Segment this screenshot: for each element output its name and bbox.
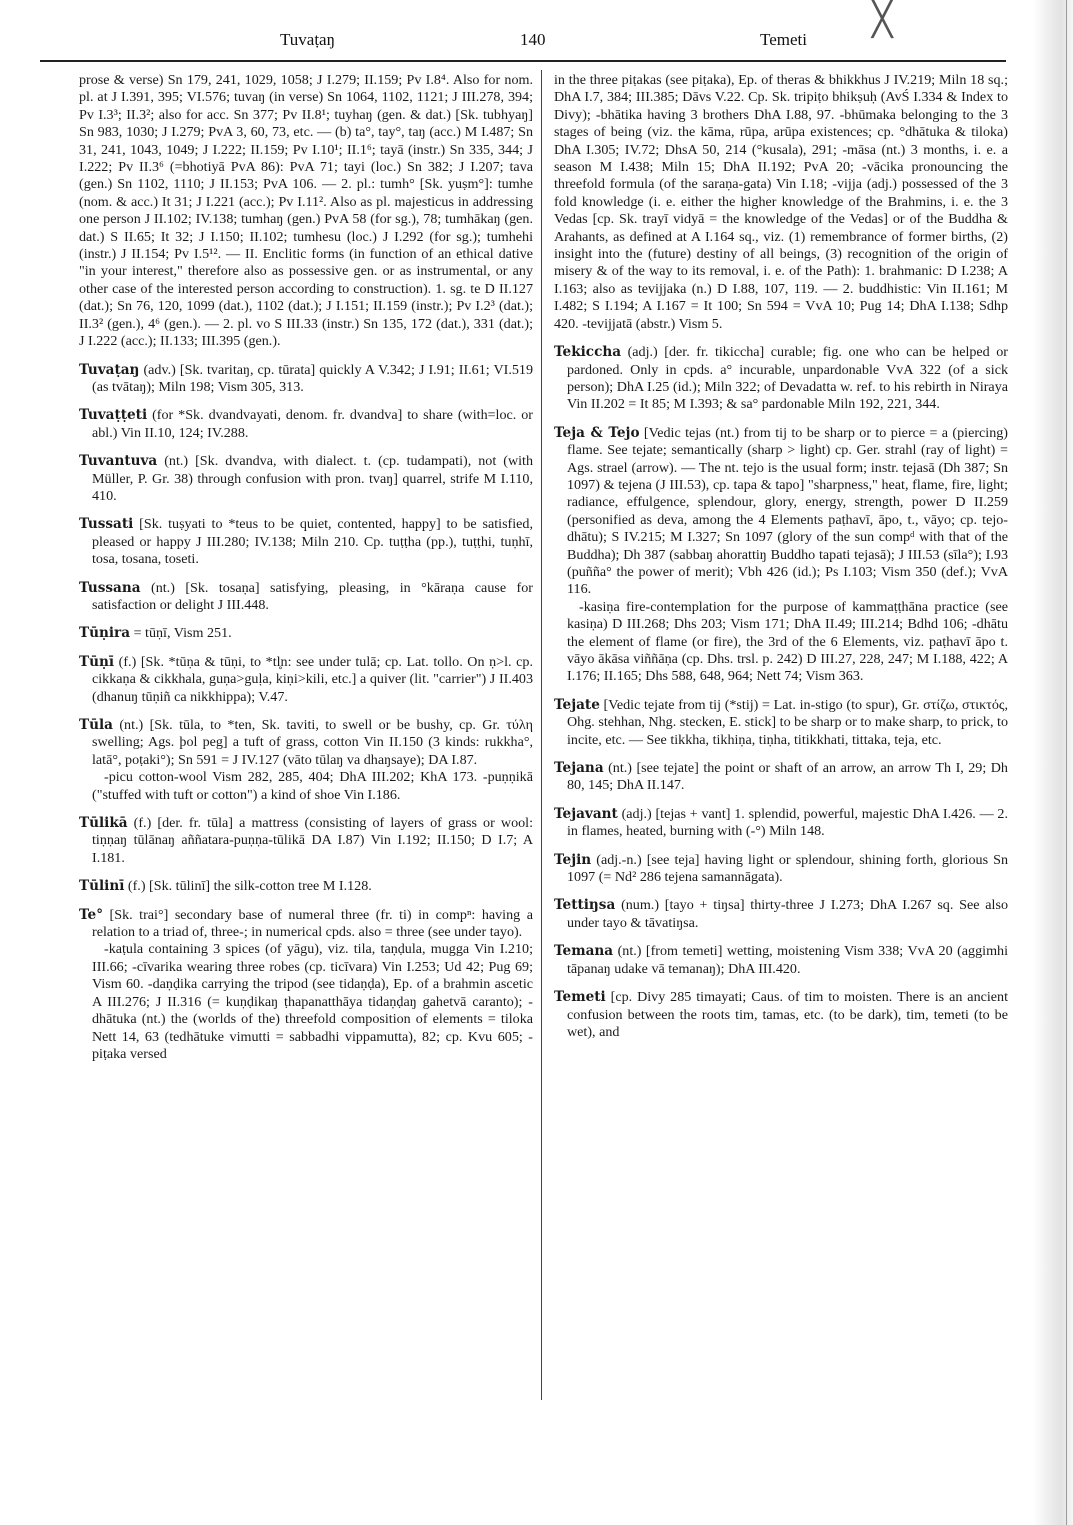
dictionary-entry: Tūlikā (f.) [der. fr. tūla] a mattress (… [79, 815, 533, 867]
entry-body: [Vedic tejate from tij (*stij) = Lat. in… [567, 697, 1008, 748]
entry-body: (nt.) [see tejate] the point or shaft of… [567, 760, 1008, 793]
entry-compounds: -picu cotton-wool Vism 282, 285, 404; Dh… [79, 769, 533, 804]
entry-body: prose & verse) Sn 179, 241, 1029, 1058; … [79, 72, 533, 349]
dictionary-entry: Tūṇī (f.) [Sk. *tūṇa & tūṇi, to *tl̥n: s… [79, 654, 533, 706]
entry-body: (adv.) [Sk. tvaritaŋ, cp. tūrata] quickl… [92, 362, 533, 395]
entry-headword: Tejana [554, 760, 604, 776]
dictionary-entry: Teja & Tejo [Vedic tejas (nt.) from tij … [554, 425, 1008, 686]
left-column: prose & verse) Sn 179, 241, 1029, 1058; … [79, 72, 533, 1074]
page-number: 140 [520, 30, 546, 50]
entry-continuation: in the three piṭakas (see piṭaka), Ep. o… [554, 72, 1008, 333]
entry-headword: Tuvaṭaŋ [79, 362, 139, 378]
entry-body: (f.) [Sk. *tūṇa & tūṇi, to *tl̥n: see un… [92, 654, 533, 705]
entry-headword: Teja & Tejo [554, 425, 640, 441]
entry-headword: Tettiŋsa [554, 897, 615, 913]
dictionary-entry: Tejin (adj.-n.) [see teja] having light … [554, 852, 1008, 887]
dictionary-entry: Temana (nt.) [from temeti] wetting, mois… [554, 943, 1008, 978]
entry-headword: Tūlikā [79, 815, 128, 831]
dictionary-entry: Tejate [Vedic tejate from tij (*stij) = … [554, 697, 1008, 749]
entry-continuation: prose & verse) Sn 179, 241, 1029, 1058; … [79, 72, 533, 351]
dictionary-entry: Tettiŋsa (num.) [tayo + tiŋsa] thirty-th… [554, 897, 1008, 932]
entry-body: (adj.) [der. fr. tikiccha] curable; fig.… [567, 344, 1008, 412]
running-header: Tuvaṭaŋ 140 Temeti [40, 30, 1006, 58]
entry-headword: Tūlinī [79, 878, 124, 894]
entry-body: (nt.) [Sk. tūla, to *ten, Sk. taviti, to… [92, 717, 533, 768]
entry-body: (adj.-n.) [see teja] having light or spl… [567, 852, 1008, 885]
entry-body: (adj.) [tejas + vant] 1. splendid, power… [567, 806, 1008, 839]
entry-compounds: -kaṭula containing 3 spices (of yāgu), v… [79, 941, 533, 1063]
entry-headword: Tūṇira [79, 625, 130, 641]
entry-body: = tūṇī, Vism 251. [134, 625, 232, 641]
header-right-headword: Temeti [760, 30, 807, 50]
entry-headword: Tūla [79, 717, 113, 733]
entry-body: (num.) [tayo + tiŋsa] thirty-three J I.2… [567, 897, 1008, 930]
entry-body: (nt.) [from temeti] wetting, moistening … [567, 943, 1008, 976]
dictionary-entry: Tejana (nt.) [see tejate] the point or s… [554, 760, 1008, 795]
entry-headword: Tūṇī [79, 654, 114, 670]
dictionary-entry: Tussati [Sk. tuṣyati to *teus to be quie… [79, 516, 533, 568]
dictionary-entry: Te° [Sk. trai°] secondary base of numera… [79, 907, 533, 1064]
entry-body: [Vedic tejas (nt.) from tij to be sharp … [567, 425, 1008, 598]
dictionary-entry: Tekiccha (adj.) [der. fr. tikiccha] cura… [554, 344, 1008, 414]
entry-body: (f.) [Sk. tūlinī] the silk-cotton tree M… [128, 878, 372, 894]
entry-headword: Tejavant [554, 806, 618, 822]
header-left-headword: Tuvaṭaŋ [280, 30, 335, 50]
entry-headword: Tejate [554, 697, 600, 713]
entry-body: [cp. Divy 285 timayati; Caus. of tim to … [567, 989, 1008, 1040]
dictionary-entry: Tūla (nt.) [Sk. tūla, to *ten, Sk. tavit… [79, 717, 533, 804]
header-rule [40, 60, 1006, 62]
dictionary-entry: Tuvaṭṭeti (for *Sk. dvandvayati, denom. … [79, 407, 533, 442]
entry-body: in the three piṭakas (see piṭaka), Ep. o… [554, 72, 1008, 332]
entry-headword: Tekiccha [554, 344, 621, 360]
entry-headword: Te° [79, 907, 103, 923]
entry-body: (f.) [der. fr. tūla] a mattress (consist… [92, 815, 533, 866]
dictionary-entry: Tūṇira = tūṇī, Vism 251. [79, 625, 533, 642]
dictionary-entry: Tussana (nt.) [Sk. tosaṇa] satisfying, p… [79, 580, 533, 615]
dictionary-entry: Tuvantuva (nt.) [Sk. dvandva, with diale… [79, 453, 533, 505]
dictionary-entry: Tejavant (adj.) [tejas + vant] 1. splend… [554, 806, 1008, 841]
column-divider [541, 70, 542, 1400]
entry-body: (for *Sk. dvandvayati, denom. fr. dvandv… [92, 407, 533, 440]
entry-body: [Sk. tuṣyati to *teus to be quiet, conte… [92, 516, 533, 567]
dictionary-entry: Temeti [cp. Divy 285 timayati; Caus. of … [554, 989, 1008, 1041]
entry-body: [Sk. trai°] secondary base of numeral th… [92, 907, 533, 940]
entry-headword: Tussana [79, 580, 141, 596]
entry-body: (nt.) [Sk. tosaṇa] satisfying, pleasing,… [92, 580, 533, 613]
entry-headword: Temana [554, 943, 613, 959]
entry-headword: Tejin [554, 852, 591, 868]
scan-edge-shadow [1033, 0, 1073, 1525]
entry-headword: Temeti [554, 989, 606, 1005]
entry-headword: Tuvantuva [79, 453, 157, 469]
dictionary-entry: Tuvaṭaŋ (adv.) [Sk. tvaritaŋ, cp. tūrata… [79, 362, 533, 397]
entry-headword: Tuvaṭṭeti [79, 407, 147, 423]
dictionary-entry: Tūlinī (f.) [Sk. tūlinī] the silk-cotton… [79, 878, 533, 895]
entry-compounds: -kasiṇa fire-contemplation for the purpo… [554, 599, 1008, 686]
entry-headword: Tussati [79, 516, 133, 532]
entry-body: (nt.) [Sk. dvandva, with dialect. t. (cp… [92, 453, 533, 504]
scan-edge-line [1066, 0, 1067, 1525]
right-column: in the three piṭakas (see piṭaka), Ep. o… [554, 72, 1008, 1052]
